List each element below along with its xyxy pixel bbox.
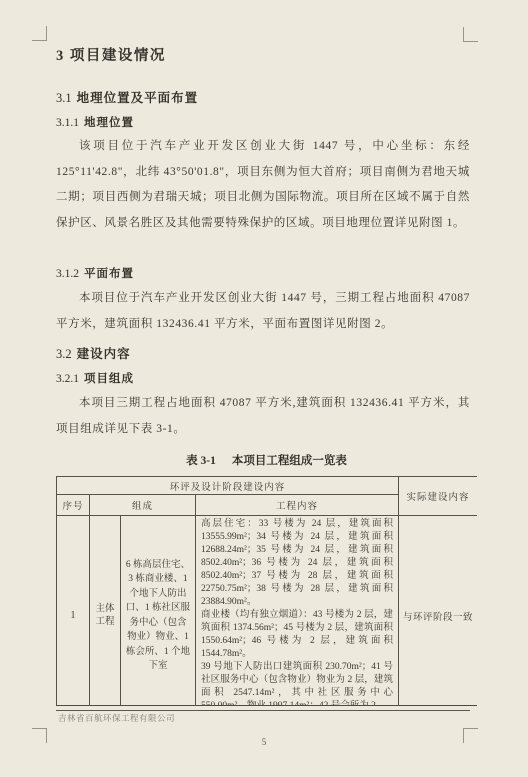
paragraph-layout: 本项目位于汽车产业开发区创业大街 1447 号，三期工程占地面积 47087 平… bbox=[56, 286, 470, 337]
chapter-heading: 3 项目建设情况 bbox=[56, 44, 470, 65]
header-composition: 组成 bbox=[90, 495, 196, 516]
cell-actual-status: 与环评阶段一致 bbox=[399, 516, 477, 707]
section-number: 3.2 bbox=[56, 347, 72, 361]
project-composition-table-wrapper: 环评及设计阶段建设内容 实际建设内容 序号 组成 工程内容 1 主体工程 6 栋… bbox=[56, 476, 477, 706]
section-heading-3-2: 3.2建设内容 bbox=[56, 344, 470, 362]
paragraph-location: 该项目位于汽车产业开发区创业大街 1447 号，中心坐标：东经 125°11'4… bbox=[56, 134, 470, 237]
section-number: 3.1.2 bbox=[56, 268, 79, 280]
section-number: 3.1.1 bbox=[56, 117, 79, 129]
subsection-heading-3-1-2: 3.1.2平面布置 bbox=[56, 265, 470, 281]
footer-company-name: 吉林省百航环保工程有限公司 bbox=[58, 712, 175, 724]
cell-category: 主体工程 bbox=[90, 516, 121, 707]
header-no: 序号 bbox=[57, 495, 90, 516]
section-number: 3.1 bbox=[56, 91, 72, 105]
cell-project-content: 高层住宅：33 号楼为 24 层，建筑面积 13555.99m²；34 号楼为 … bbox=[196, 516, 399, 707]
section-title: 项目组成 bbox=[84, 373, 134, 385]
table-number: 表 3-1 bbox=[186, 455, 216, 467]
subsection-heading-3-1-1: 3.1.1地理位置 bbox=[56, 114, 470, 130]
content-residential: 高层住宅：33 号楼为 24 层，建筑面积 13555.99m²；34 号楼为 … bbox=[201, 518, 393, 609]
crop-mark-top-left bbox=[32, 26, 47, 41]
table-title-text: 本项目工程组成一览表 bbox=[232, 455, 347, 467]
section-heading-3-1: 3.1地理位置及平面布置 bbox=[56, 88, 470, 106]
section-title: 建设内容 bbox=[77, 347, 131, 361]
section-number: 3.2.1 bbox=[56, 373, 79, 385]
header-stage-group: 环评及设计阶段建设内容 bbox=[57, 477, 399, 495]
paragraph-composition: 本项目三期工程占地面积 47087 平方米,建筑面积 132436.41 平方米… bbox=[56, 391, 470, 442]
content-commercial: 商业楼（均有独立烟道）：43 号楼为 2 层，建筑面积 1374.56m²；45… bbox=[201, 609, 393, 661]
project-composition-table: 环评及设计阶段建设内容 实际建设内容 序号 组成 工程内容 1 主体工程 6 栋… bbox=[56, 476, 477, 706]
table-row: 1 主体工程 6 栋高层住宅、3 栋商业楼、1 个地下人防出口、1 栋社区服务中… bbox=[57, 516, 478, 707]
cell-row-number: 1 bbox=[57, 516, 90, 707]
header-content: 工程内容 bbox=[196, 495, 399, 516]
document-page: 3 项目建设情况 3.1地理位置及平面布置 3.1.1地理位置 该项目位于汽车产… bbox=[0, 0, 528, 777]
page-number: 5 bbox=[0, 737, 528, 747]
content-other: 39 号地下人防出口建筑面积 230.70m²；41 号社区服务中心（包含物业）… bbox=[201, 661, 393, 706]
section-title: 地理位置及平面布置 bbox=[77, 91, 199, 105]
footer-divider bbox=[56, 710, 470, 711]
crop-mark-top-right bbox=[463, 27, 478, 42]
section-title: 地理位置 bbox=[84, 117, 134, 129]
table-caption: 表 3-1本项目工程组成一览表 bbox=[56, 452, 477, 468]
cell-composition: 6 栋高层住宅、3 栋商业楼、1 个地下人防出口、1 栋社区服务中心（包含物业）… bbox=[121, 516, 196, 707]
subsection-heading-3-2-1: 3.2.1项目组成 bbox=[56, 370, 470, 386]
section-title: 平面布置 bbox=[84, 268, 134, 280]
header-actual: 实际建设内容 bbox=[399, 477, 477, 516]
